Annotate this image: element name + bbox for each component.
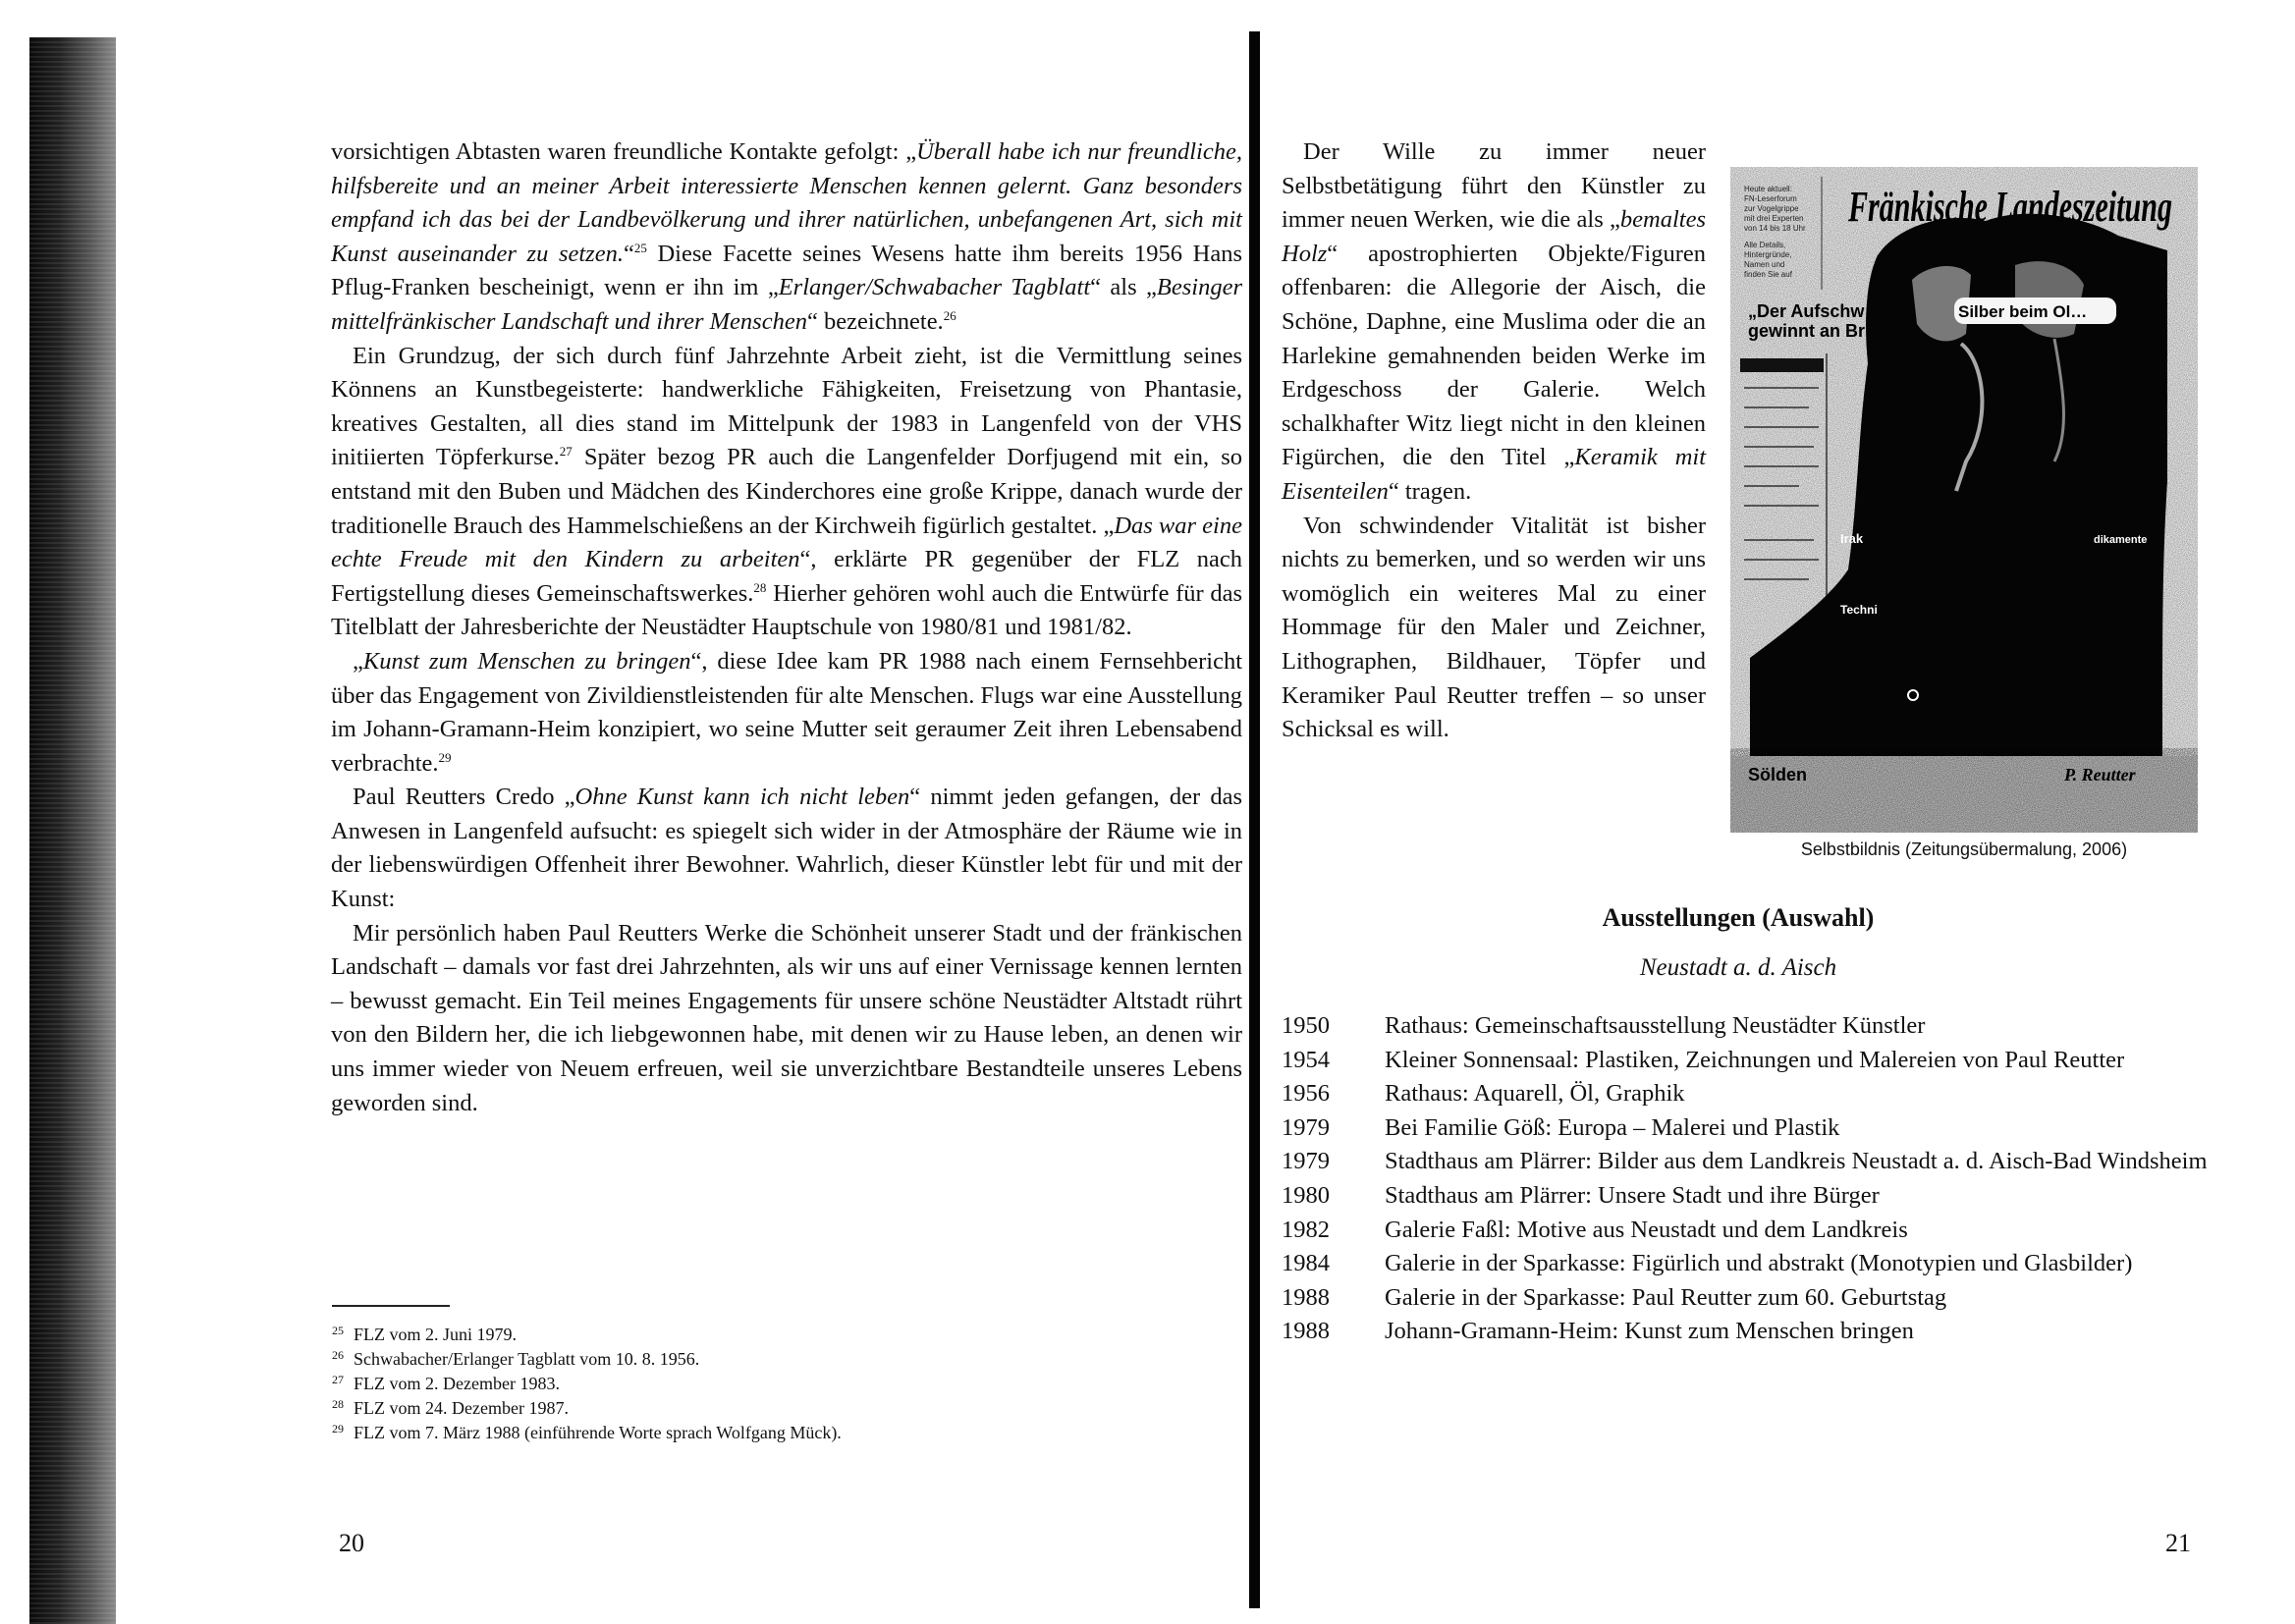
paragraph: Der Wille zu immer neuer Selbstbetätigun… <box>1282 135 1706 510</box>
text-run: “ apostrophierten Objekte/Figuren offenb… <box>1282 241 1706 471</box>
footnote-number: 29 <box>332 1417 354 1441</box>
svg-text:Sölden: Sölden <box>1748 765 1807 785</box>
footnote-number: 28 <box>332 1392 354 1417</box>
footnote: 27FLZ vom 2. Dezember 1983. <box>332 1372 1216 1396</box>
footnote-text: Schwabacher/Erlanger Tagblatt vom 10. 8.… <box>354 1347 699 1372</box>
exhibition-description: Galerie Faßl: Motive aus Neustadt und de… <box>1385 1214 2210 1248</box>
exhibition-description: Stadthaus am Plärrer: Bilder aus dem Lan… <box>1385 1145 2210 1179</box>
book-spine-gutter <box>1249 31 1260 1608</box>
footnote: 28FLZ vom 24. Dezember 1987. <box>332 1396 1216 1421</box>
exhibition-entry: 1984Galerie in der Sparkasse: Figürlich … <box>1282 1247 2210 1281</box>
exhibition-description: Bei Familie Göß: Europa – Malerei und Pl… <box>1385 1111 2210 1146</box>
footnote-ref: 28 <box>753 580 766 595</box>
footnote-text: FLZ vom 7. März 1988 (einführende Worte … <box>354 1421 842 1445</box>
exhibition-entry: 1954Kleiner Sonnensaal: Plastiken, Zeich… <box>1282 1044 2210 1078</box>
exhibition-entry: 1980Stadthaus am Plärrer: Unsere Stadt u… <box>1282 1179 2210 1214</box>
footnote-text: FLZ vom 2. Dezember 1983. <box>354 1372 560 1396</box>
svg-text:Silber beim Ol…: Silber beim Ol… <box>1958 302 2087 321</box>
svg-text:Irak: Irak <box>1840 531 1864 546</box>
svg-text:FN-Leserforum: FN-Leserforum <box>1744 194 1797 203</box>
text-run: Von schwindender Vitalität ist bisher ni… <box>1282 513 1706 743</box>
exhibition-year: 1982 <box>1282 1214 1385 1248</box>
footnote-ref: 27 <box>560 444 573 459</box>
page-number-left: 20 <box>339 1529 364 1558</box>
exhibition-description: Kleiner Sonnensaal: Plastiken, Zeichnung… <box>1385 1044 2210 1078</box>
svg-text:finden Sie auf: finden Sie auf <box>1744 270 1793 279</box>
exhibitions-list: 1950Rathaus: Gemeinschaftsausstellung Ne… <box>1282 1009 2210 1349</box>
footnote: 26Schwabacher/Erlanger Tagblatt vom 10. … <box>332 1347 1216 1372</box>
exhibition-year: 1988 <box>1282 1281 1385 1316</box>
exhibition-entry: 1988Johann-Gramann-Heim: Kunst zum Mensc… <box>1282 1315 2210 1349</box>
svg-text:mit drei Experten: mit drei Experten <box>1744 214 1803 223</box>
exhibition-entry: 1950Rathaus: Gemeinschaftsausstellung Ne… <box>1282 1009 2210 1044</box>
text-run: Paul Reutters Credo „ <box>353 784 575 810</box>
footnote-ref: 29 <box>439 750 452 765</box>
svg-text:„Der Aufschw: „Der Aufschw <box>1748 301 1865 321</box>
exhibition-description: Stadthaus am Plärrer: Unsere Stadt und i… <box>1385 1179 2210 1214</box>
svg-text:von 14 bis 18 Uhr: von 14 bis 18 Uhr <box>1744 224 1806 233</box>
left-page-body-text: vorsichtigen Abtasten waren freundliche … <box>331 135 1242 1120</box>
exhibitions-heading: Ausstellungen (Auswahl) <box>1277 903 2200 933</box>
newspaper-overpainting-image: Fränkische Landeszeitung Heute aktuell:F… <box>1730 167 2198 833</box>
italic-quote: Kunst zum Menschen zu bringen <box>363 648 691 675</box>
footnotes: 25FLZ vom 2. Juni 1979.26Schwabacher/Erl… <box>332 1323 1216 1445</box>
paragraph: Ein Grundzug, der sich durch fünf Jahrze… <box>331 340 1242 645</box>
exhibition-description: Galerie in der Sparkasse: Figürlich und … <box>1385 1247 2210 1281</box>
figure-caption: Selbstbildnis (Zeitungsübermalung, 2006) <box>1730 839 2198 860</box>
paragraph: „Kunst zum Menschen zu bringen“, diese I… <box>331 645 1242 781</box>
footnote: 29FLZ vom 7. März 1988 (einführende Wort… <box>332 1421 1216 1445</box>
italic-quote: Ohne Kunst kann ich nicht leben <box>575 784 910 810</box>
svg-text:Namen und: Namen und <box>1744 260 1784 269</box>
right-page-body-text: Der Wille zu immer neuer Selbstbetätigun… <box>1282 135 1706 747</box>
footnote-text: FLZ vom 24. Dezember 1987. <box>354 1396 569 1421</box>
svg-text:Hintergründe,: Hintergründe, <box>1744 250 1791 259</box>
text-run: “ <box>624 241 634 267</box>
svg-text:Techni: Techni <box>1840 603 1878 617</box>
footnote-rule <box>332 1305 450 1307</box>
footnote-ref: 25 <box>634 241 647 255</box>
exhibition-entry: 1979Stadthaus am Plärrer: Bilder aus dem… <box>1282 1145 2210 1179</box>
exhibition-description: Galerie in der Sparkasse: Paul Reutter z… <box>1385 1281 2210 1316</box>
exhibitions-location-subheading: Neustadt a. d. Aisch <box>1277 954 2200 982</box>
text-run: “ tragen. <box>1389 478 1471 505</box>
svg-text:Alle Details,: Alle Details, <box>1744 241 1785 249</box>
footnote-number: 26 <box>332 1343 354 1368</box>
exhibition-year: 1980 <box>1282 1179 1385 1214</box>
self-portrait-newspaper-painting: Fränkische Landeszeitung Heute aktuell:F… <box>1730 167 2198 833</box>
exhibition-year: 1954 <box>1282 1044 1385 1078</box>
paragraph: Paul Reutters Credo „Ohne Kunst kann ich… <box>331 781 1242 916</box>
exhibition-year: 1988 <box>1282 1315 1385 1349</box>
paragraph: Von schwindender Vitalität ist bisher ni… <box>1282 510 1706 747</box>
footnote: 25FLZ vom 2. Juni 1979. <box>332 1323 1216 1347</box>
text-run: „ <box>353 648 363 675</box>
exhibition-year: 1950 <box>1282 1009 1385 1044</box>
footnote-ref: 26 <box>944 308 956 323</box>
exhibition-description: Johann-Gramann-Heim: Kunst zum Menschen … <box>1385 1315 2210 1349</box>
exhibition-description: Rathaus: Aquarell, Öl, Graphik <box>1385 1077 2210 1111</box>
italic-quote: Erlanger/Schwabacher Tagblatt <box>779 274 1090 300</box>
svg-text:zur Vogelgrippe: zur Vogelgrippe <box>1744 204 1799 213</box>
exhibition-year: 1979 <box>1282 1111 1385 1146</box>
exhibition-entry: 1979Bei Familie Göß: Europa – Malerei un… <box>1282 1111 2210 1146</box>
svg-text:gewinnt an Br: gewinnt an Br <box>1748 321 1865 341</box>
svg-text:Heute aktuell:: Heute aktuell: <box>1744 185 1792 193</box>
exhibition-year: 1979 <box>1282 1145 1385 1179</box>
text-run: “ als „ <box>1090 274 1157 300</box>
footnote-number: 25 <box>332 1319 354 1343</box>
exhibition-year: 1984 <box>1282 1247 1385 1281</box>
footnote-text: FLZ vom 2. Juni 1979. <box>354 1323 517 1347</box>
paragraph: vorsichtigen Abtasten waren freundliche … <box>331 135 1242 340</box>
paragraph: Mir persönlich haben Paul Reutters Werke… <box>331 917 1242 1121</box>
svg-text:dikamente: dikamente <box>2094 534 2147 546</box>
text-run: Mir persönlich haben Paul Reutters Werke… <box>331 920 1242 1116</box>
exhibition-year: 1956 <box>1282 1077 1385 1111</box>
exhibition-entry: 1982Galerie Faßl: Motive aus Neustadt un… <box>1282 1214 2210 1248</box>
exhibition-description: Rathaus: Gemeinschaftsausstellung Neustä… <box>1385 1009 2210 1044</box>
svg-text:P. Reutter: P. Reutter <box>2063 765 2137 785</box>
page-number-right: 21 <box>2165 1529 2191 1558</box>
exhibition-entry: 1956Rathaus: Aquarell, Öl, Graphik <box>1282 1077 2210 1111</box>
text-run: vorsichtigen Abtasten waren freundliche … <box>331 138 916 165</box>
exhibition-entry: 1988Galerie in der Sparkasse: Paul Reutt… <box>1282 1281 2210 1316</box>
scan-edge-shadow <box>29 37 116 1624</box>
text-run: “ bezeichnete. <box>807 308 944 335</box>
footnote-number: 27 <box>332 1368 354 1392</box>
